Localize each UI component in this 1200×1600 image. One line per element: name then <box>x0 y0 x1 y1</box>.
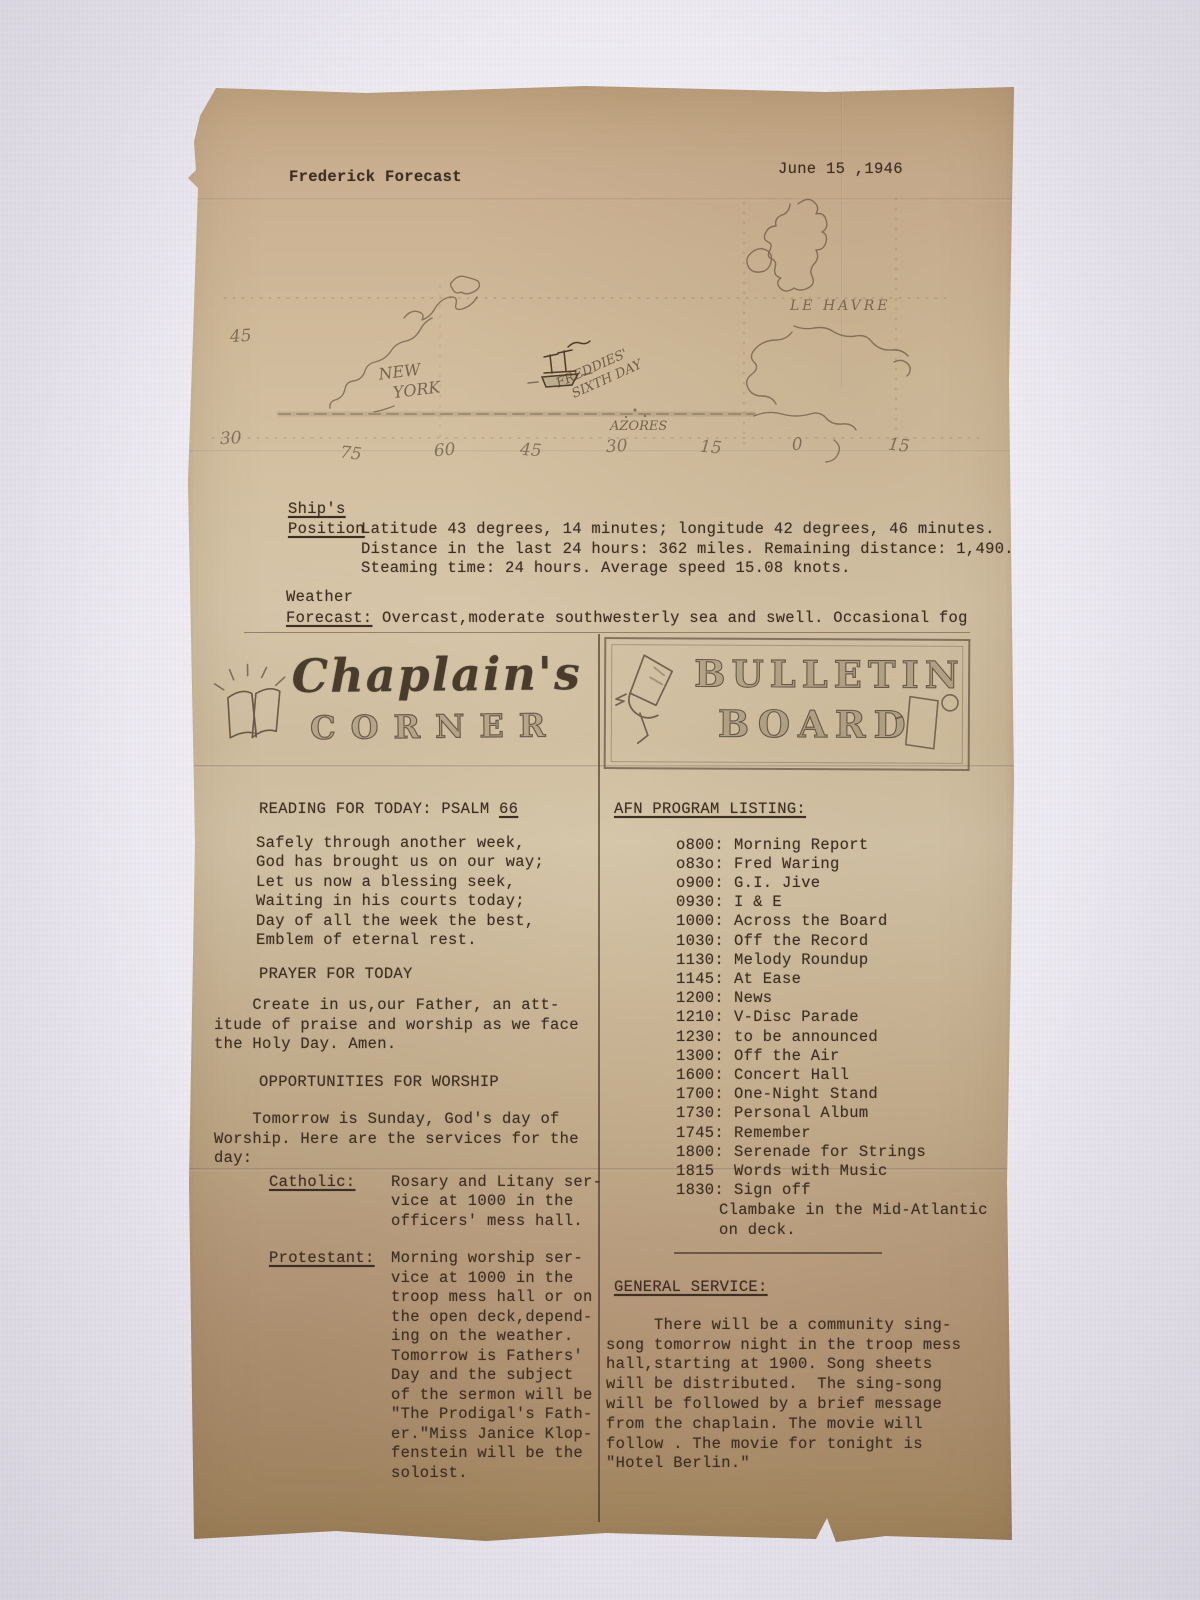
program-row: o800:Morning Report <box>676 836 1006 855</box>
program-title: V-Disc Parade <box>734 1008 859 1026</box>
program-time: 1700: <box>676 1085 734 1104</box>
program-row: 1800:Serenade for Strings <box>676 1143 1006 1162</box>
megaphone-doodle-icon <box>610 643 695 761</box>
chaplains-corner-column: READING FOR TODAY: PSALM 66 Safely throu… <box>212 800 597 1483</box>
program-title: G.I. Jive <box>734 874 820 892</box>
program-time: 1000: <box>676 912 734 931</box>
svg-text:30: 30 <box>605 436 628 457</box>
ship-position-label: Position <box>288 520 365 540</box>
svg-text:30: 30 <box>219 428 242 449</box>
hymn-poem: Safely through another week, God has bro… <box>256 834 597 951</box>
program-row: 1700:One-Night Stand <box>676 1085 1006 1104</box>
masthead-title: Frederick Forecast <box>289 168 462 188</box>
program-title: Sign off <box>734 1181 811 1199</box>
program-row: 0930:I & E <box>676 893 1006 912</box>
open-book-icon <box>213 657 292 750</box>
weather-forecast-text: Overcast,moderate southwesterly sea and … <box>382 609 968 627</box>
program-time: o800: <box>676 836 734 855</box>
mid-rule <box>674 1252 882 1254</box>
program-title: Off the Air <box>734 1047 840 1065</box>
program-title: Fred Waring <box>734 855 840 873</box>
poem-line: God has brought us on our way; <box>256 853 597 873</box>
map-label-azores: AZORES <box>609 419 667 434</box>
program-time: o83o: <box>676 855 734 874</box>
program-time: 1030: <box>676 932 734 951</box>
program-time: 1300: <box>676 1047 734 1066</box>
poem-line: Safely through another week, <box>256 834 597 854</box>
photo-background: { "palette":{"background":"#e9e6ee","pap… <box>0 0 1200 1600</box>
ship-position-label: Ship's <box>288 500 346 520</box>
program-time: 1200: <box>676 989 734 1008</box>
europe-coastline <box>747 199 911 462</box>
program-time: 1130: <box>676 951 734 970</box>
program-row: 1130:Melody Roundup <box>676 951 1006 970</box>
chaplains-corner-subtitle: CORNER <box>310 706 561 747</box>
poem-line: Day of all the week the best, <box>256 912 597 932</box>
program-title: Off the Record <box>734 932 868 950</box>
atlantic-route-map: FREDDIES' SIXTH DAY NEW YORK AZORES LE H… <box>194 190 1009 475</box>
program-time: 1830: <box>676 1181 734 1200</box>
catholic-text: Rosary and Litany ser- vice at 1000 in t… <box>391 1173 597 1232</box>
weather-label: Weather <box>286 588 968 608</box>
map-label-new-york: NEW YORK <box>376 357 442 403</box>
program-time: o900: <box>676 874 734 893</box>
catholic-service: Catholic: Rosary and Litany ser- vice at… <box>212 1173 597 1232</box>
program-time: 1230: <box>676 1028 734 1047</box>
bulletin-board-column: AFN PROGRAM LISTING: o800:Morning Report… <box>606 800 1006 1474</box>
program-title: Melody Roundup <box>734 951 868 969</box>
general-service-heading: GENERAL SERVICE: <box>614 1278 1006 1298</box>
bulletin-board-heading: BULLETIN BOARD <box>604 637 971 771</box>
program-row: 1815Words with Music <box>676 1162 1006 1181</box>
program-row: 1745:Remember <box>676 1124 1006 1143</box>
program-time: 1815 <box>676 1162 734 1181</box>
program-time: 1210: <box>676 1008 734 1027</box>
svg-text:60: 60 <box>433 439 456 461</box>
column-divider <box>598 634 600 1522</box>
reading-heading-text: READING FOR TODAY: PSALM <box>259 800 489 818</box>
program-title: I & E <box>734 893 782 911</box>
pushpin-doodle-icon <box>892 689 962 759</box>
program-title: Concert Hall <box>734 1066 849 1084</box>
program-row: 1200:News <box>676 989 1006 1008</box>
protestant-text: Morning worship ser- vice at 1000 in the… <box>391 1249 597 1483</box>
poem-line: Emblem of eternal rest. <box>256 931 597 951</box>
program-row: 1830:Sign off <box>676 1181 1006 1200</box>
program-time: 1745: <box>676 1124 734 1143</box>
program-row: o83o:Fred Waring <box>676 855 1006 874</box>
svg-text:45: 45 <box>228 326 252 348</box>
afn-footnote: Clambake in the Mid-Atlantic on deck. <box>719 1201 1006 1240</box>
reading-heading: READING FOR TODAY: PSALM 66 <box>259 800 597 820</box>
ship-position-section: Ship's Position Latitude 43 degrees, 14 … <box>286 500 1014 579</box>
general-service-text: There will be a community sing- song tom… <box>606 1316 1006 1474</box>
catholic-label: Catholic: <box>269 1173 355 1193</box>
program-title: One-Night Stand <box>734 1085 878 1103</box>
chaplains-corner-heading: Chaplain's CORNER <box>213 640 589 779</box>
svg-text:45: 45 <box>518 440 542 462</box>
program-title: At Ease <box>734 970 801 988</box>
map-label-le-havre: LE HAVRE <box>789 298 890 314</box>
weather-forecast-label: Forecast: <box>286 609 372 627</box>
svg-text:0: 0 <box>791 434 803 455</box>
program-title: Across the Board <box>734 912 888 930</box>
program-title: News <box>734 989 772 1007</box>
newsletter-page: Frederick Forecast June 15 ,1946 <box>186 82 1014 1544</box>
program-row: 1145:At Ease <box>676 970 1006 989</box>
afn-program-list: o800:Morning Report o83o:Fred Waring o90… <box>676 836 1006 1201</box>
worship-heading: OPPORTUNITIES FOR WORSHIP <box>259 1073 597 1093</box>
map-longitude-labels: 75 60 45 30 15 0 15 <box>339 434 911 464</box>
program-row: 1730:Personal Album <box>676 1104 1006 1123</box>
program-row: 1230:to be announced <box>676 1028 1006 1047</box>
masthead-date: June 15 ,1946 <box>778 160 903 180</box>
program-time: 1800: <box>676 1143 734 1162</box>
program-title: Personal Album <box>734 1104 868 1122</box>
prayer-heading: PRAYER FOR TODAY <box>259 965 597 985</box>
protestant-label: Protestant: <box>269 1249 375 1269</box>
program-title: Remember <box>734 1124 811 1142</box>
psalm-number: 66 <box>499 800 518 818</box>
program-row: o900:G.I. Jive <box>676 874 1006 893</box>
section-top-rule <box>244 632 970 633</box>
map-latitude-labels: 45 30 <box>219 326 252 449</box>
program-time: 1730: <box>676 1104 734 1123</box>
prayer-text: Create in us,our Father, an att- itude o… <box>214 996 597 1055</box>
svg-text:15: 15 <box>699 437 722 459</box>
ship-position-text: Latitude 43 degrees, 14 minutes; longitu… <box>361 520 1014 579</box>
program-row: 1600:Concert Hall <box>676 1066 1006 1085</box>
program-row: 1030:Off the Record <box>676 932 1006 951</box>
poem-line: Waiting in his courts today; <box>256 892 597 912</box>
svg-text:15: 15 <box>887 435 911 457</box>
svg-text:75: 75 <box>339 443 363 465</box>
program-title: Morning Report <box>734 836 868 854</box>
program-row: 1210:V-Disc Parade <box>676 1008 1006 1027</box>
afn-heading: AFN PROGRAM LISTING: <box>614 800 1006 820</box>
map-grid <box>212 198 984 445</box>
program-row: 1300:Off the Air <box>676 1047 1006 1066</box>
program-title: Serenade for Strings <box>734 1143 926 1161</box>
protestant-service: Protestant: Morning worship ser- vice at… <box>212 1249 597 1483</box>
program-title: to be announced <box>734 1028 878 1046</box>
poem-line: Let us now a blessing seek, <box>256 873 597 893</box>
weather-section: Weather Forecast: Overcast,moderate sout… <box>286 588 968 628</box>
chaplains-corner-title: Chaplain's <box>291 646 582 703</box>
program-time: 0930: <box>676 893 734 912</box>
bulletin-board-subtitle: BOARD <box>718 702 914 747</box>
worship-intro: Tomorrow is Sunday, God's day of Worship… <box>214 1110 597 1169</box>
program-time: 1600: <box>676 1066 734 1085</box>
program-title: Words with Music <box>734 1162 888 1180</box>
program-row: 1000:Across the Board <box>676 912 1006 931</box>
program-time: 1145: <box>676 970 734 989</box>
